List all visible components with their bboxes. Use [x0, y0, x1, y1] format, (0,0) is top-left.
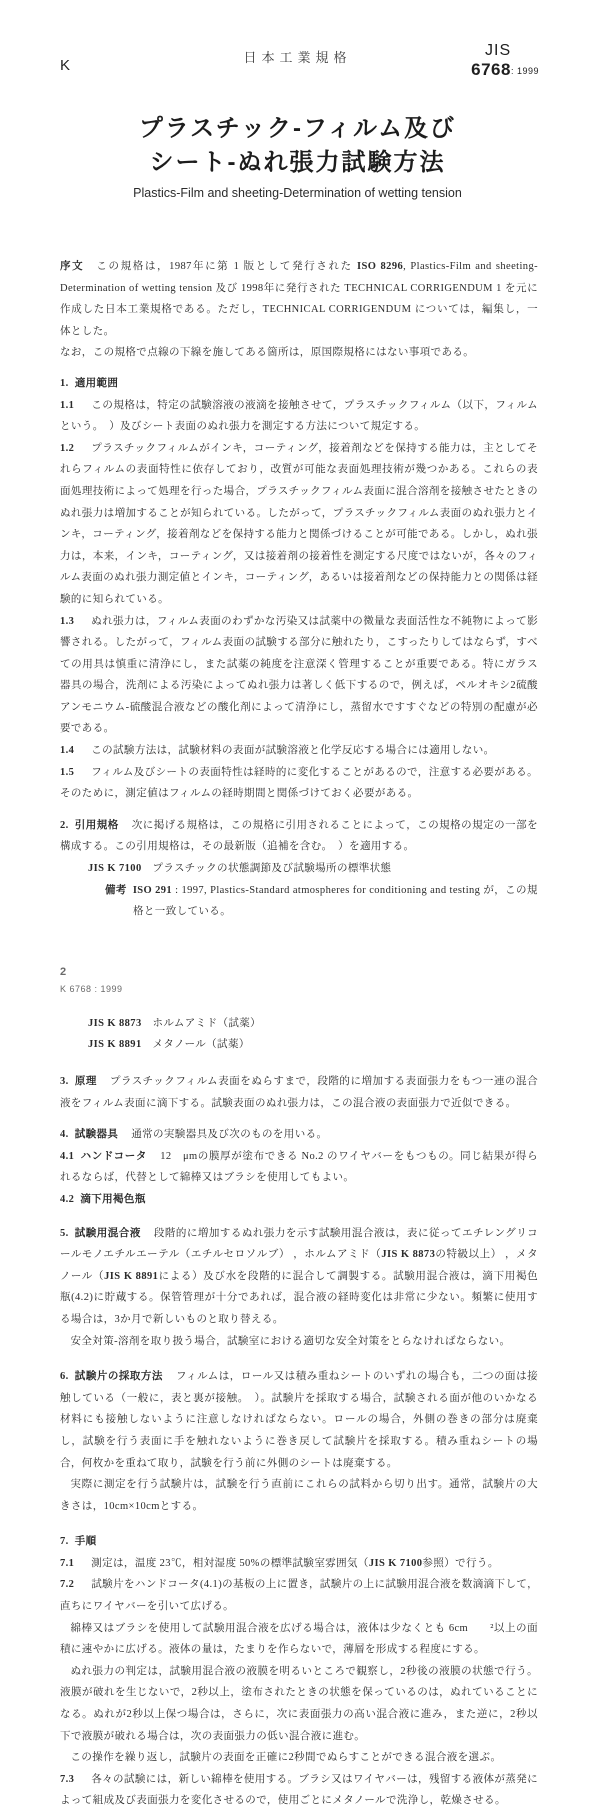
clause-1-3-text: ぬれ張力は，フィルム表面のわずかな汚染又は試薬中の微量な表面活性な不純物によって… [60, 616, 538, 735]
intro-text-2: , Plastics-Film and sheeting-Determinati… [60, 261, 538, 337]
jis-k-8891-inline: JIS K 8891 [104, 1271, 158, 1282]
intro-text-1: この規格は，1987年に第 1 版として発行された [84, 261, 357, 272]
clause-4-2-term: 滴下用褐色瓶 [80, 1194, 147, 1205]
remark-label: 備考 [105, 885, 133, 896]
clause-7-3: 7.3 各々の試験には，新しい綿棒を使用する。ブラシ又はワイヤバーは，残留する液… [60, 1769, 538, 1812]
section-2-paragraph: 2.引用規格 次に掲げる規格は，この規格に引用されることによって，この規格の規定… [60, 815, 538, 858]
section-4-title: 試験器具 [75, 1129, 121, 1140]
section-1-title: 適用範囲 [75, 378, 121, 389]
intro-note: なお，この規格で点線の下線を施してある箇所は，原国際規格にはない事項である。 [60, 342, 538, 364]
jis-label: JIS [471, 42, 539, 60]
clause-1-3: 1.3 ぬれ張力は，フィルム表面のわずかな汚染又は試薬中の微量な表面活性な不純物… [60, 611, 538, 741]
page-number: 2 [60, 965, 538, 979]
section-2-number: 2. [60, 820, 75, 831]
clause-7-3-number: 7.3 [60, 1774, 80, 1785]
english-subtitle: Plastics-Film and sheeting-Determination… [0, 186, 595, 200]
reference-name: メタノール（試薬） [142, 1039, 250, 1050]
standard-number-value: 6768 [471, 60, 511, 79]
clause-4-1: 4.1ハンドコータ 12 μmの膜厚が塗布できる No.2 のワイヤバーをもつも… [60, 1146, 538, 1189]
clause-4-2: 4.2滴下用褐色瓶 [60, 1189, 538, 1211]
clause-1-1: 1.1 この規格は，特定の試験溶液の液滴を接触させて，プラスチックフィルム（以下… [60, 395, 538, 438]
title-line-1: プラスチック-フィルム及び [0, 112, 595, 146]
section-4-number: 4. [60, 1129, 75, 1140]
reference-name: プラスチックの状態調節及び試験場所の標準状態 [142, 863, 392, 874]
section-3-number: 3. [60, 1076, 75, 1087]
page-header: 日本工業規格 K JIS 6768: 1999 [0, 0, 595, 100]
section-7-title: 手順 [75, 1536, 99, 1547]
intro-paragraph: 序文 この規格は，1987年に第 1 版として発行された ISO 8296, P… [60, 256, 538, 342]
reference-code: JIS K 8873 [88, 1018, 142, 1029]
safety-note: 安全対策-溶剤を取り扱う場合，試験室における適切な安全対策をとらなければならない… [60, 1331, 538, 1353]
section-5-paragraph: 5.試験用混合液 段階的に増加するぬれ張力を示す試験用混合液は，表に従ってエチレ… [60, 1223, 538, 1331]
clause-7-1-number: 7.1 [60, 1558, 80, 1569]
clause-4-1-number: 4.1 [60, 1151, 80, 1162]
standard-id-block: JIS 6768: 1999 [471, 42, 539, 80]
section-5-number: 5. [60, 1228, 75, 1239]
clause-1-2: 1.2 プラスチックフィルムがインキ，コーティング，接着剤などを保持する能力は，… [60, 438, 538, 611]
remark-code: ISO 291 [133, 885, 172, 896]
clause-1-5-number: 1.5 [60, 767, 80, 778]
section-7-heading: 7.手順 [60, 1531, 538, 1553]
section-1-number: 1. [60, 378, 75, 389]
page-standard-code: K 6768 : 1999 [60, 982, 538, 996]
section-6-text: フィルムは，ロール又は積み重ねシートのいずれの場合も，二つの面は接触している（一… [60, 1371, 538, 1468]
reference-code: JIS K 7100 [88, 863, 142, 874]
section-1-heading: 1.適用範囲 [60, 373, 538, 395]
intro-label: 序文 [60, 261, 84, 272]
clause-7-1: 7.1 測定は，温度 23℃，相対湿度 50%の標準試験室雰囲気（JIS K 7… [60, 1553, 538, 1575]
clause-4-1-term: ハンドコータ [80, 1151, 149, 1162]
section-3-text: プラスチックフィルム表面をぬらすまで，段階的に増加する表面張力をもつ一連の混合液… [60, 1076, 538, 1109]
document-title: プラスチック-フィルム及び シート-ぬれ張力試験方法 [0, 112, 595, 180]
document-body: 序文 この規格は，1987年に第 1 版として発行された ISO 8296, P… [60, 256, 538, 1812]
section-4-text: 通常の実験器具及び次のものを用いる。 [120, 1129, 327, 1140]
remark-text: : 1997, Plastics-Standard atmospheres fo… [133, 885, 538, 918]
section-2-title: 引用規格 [75, 820, 121, 831]
clause-7-2-judgement: ぬれ張力の判定は，試験用混合液の液膜を明るいところで観察し，2秒後の液膜の状態で… [60, 1661, 538, 1747]
title-line-2: シート-ぬれ張力試験方法 [0, 146, 595, 180]
clause-7-1-text-2: 参照）で行う。 [422, 1558, 498, 1569]
clause-7-1-text-1: 測定は，温度 23℃，相対湿度 50%の標準試験室雰囲気（ [80, 1558, 369, 1569]
clause-1-3-number: 1.3 [60, 616, 80, 627]
section-4-paragraph: 4.試験器具 通常の実験器具及び次のものを用いる。 [60, 1124, 538, 1146]
division-letter: K [60, 57, 70, 74]
clause-1-1-text: この規格は，特定の試験溶液の液滴を接触させて，プラスチックフィルム（以下，フィル… [60, 400, 538, 433]
specimen-size-paragraph: 実際に測定を行う試験片は，試験を行う直前にこれらの試料から切り出す。通常，試験片… [60, 1474, 538, 1517]
reference-code: JIS K 8891 [88, 1039, 142, 1050]
clause-7-2-spread: 綿棒又はブラシを使用して試験用混合液を広げる場合は，液体は少なくとも 6cm ²… [60, 1618, 538, 1661]
iso-8296-reference: ISO 8296 [357, 261, 403, 272]
clause-1-2-text: プラスチックフィルムがインキ，コーティング，接着剤などを保持する能力は，主として… [60, 443, 538, 605]
clause-1-4-number: 1.4 [60, 745, 80, 756]
reference-jis-k-8873: JIS K 8873 ホルムアミド（試薬） [60, 1013, 538, 1035]
clause-7-3-text: 各々の試験には，新しい綿棒を使用する。ブラシ又はワイヤバーは，残留する液体が蒸発… [60, 1774, 538, 1807]
section-3-title: 原理 [75, 1076, 99, 1087]
clause-7-2-repeat: この操作を繰り返し，試験片の表面を正確に2秒間でぬらすことができる混合液を選ぶ。 [60, 1747, 538, 1769]
page-2-header: 2 K 6768 : 1999 [60, 965, 538, 996]
clause-7-2-text: 試験片をハンドコータ(4.1)の基板の上に置き，試験片の上に試験用混合液を数滴滴… [60, 1579, 538, 1612]
jis-k-8873-inline: JIS K 8873 [381, 1249, 435, 1260]
standard-number: 6768: 1999 [471, 60, 539, 80]
clause-1-5: 1.5 フィルム及びシートの表面特性は経時的に変化することがあるので，注意する必… [60, 762, 538, 805]
section-7-number: 7. [60, 1536, 75, 1547]
clause-7-2: 7.2 試験片をハンドコータ(4.1)の基板の上に置き，試験片の上に試験用混合液… [60, 1574, 538, 1617]
section-5-title: 試験用混合液 [75, 1228, 143, 1239]
reference-jis-k-8891: JIS K 8891 メタノール（試薬） [60, 1034, 538, 1056]
clause-1-4-text: この試験方法は，試験材料の表面が試験溶液と化学反応する場合には適用しない。 [80, 745, 494, 756]
section-6-title: 試験片の採取方法 [75, 1371, 165, 1382]
remark-iso-291: 備考ISO 291 : 1997, Plastics-Standard atmo… [60, 880, 538, 923]
clause-7-2-number: 7.2 [60, 1579, 80, 1590]
clause-1-5-text: フィルム及びシートの表面特性は経時的に変化することがあるので，注意する必要がある… [60, 767, 538, 800]
jis-k-7100-inline: JIS K 7100 [369, 1558, 423, 1569]
clause-1-4: 1.4 この試験方法は，試験材料の表面が試験溶液と化学反応する場合には適用しない… [60, 740, 538, 762]
reference-jis-k-7100: JIS K 7100 プラスチックの状態調節及び試験場所の標準状態 [60, 858, 538, 880]
section-6-paragraph: 6.試験片の採取方法 フィルムは，ロール又は積み重ねシートのいずれの場合も，二つ… [60, 1366, 538, 1474]
reference-name: ホルムアミド（試薬） [142, 1018, 261, 1029]
standard-year: : 1999 [511, 66, 539, 76]
section-6-number: 6. [60, 1371, 75, 1382]
clause-1-2-number: 1.2 [60, 443, 80, 454]
clause-4-2-number: 4.2 [60, 1194, 80, 1205]
clause-1-1-number: 1.1 [60, 400, 80, 411]
section-3-paragraph: 3.原理 プラスチックフィルム表面をぬらすまで，段階的に増加する表面張力をもつ一… [60, 1071, 538, 1114]
document-page: 日本工業規格 K JIS 6768: 1999 プラスチック-フィルム及び シー… [0, 0, 595, 1819]
section-2-text: 次に掲げる規格は，この規格に引用されることによって，この規格の規定の一部を構成す… [60, 820, 538, 853]
